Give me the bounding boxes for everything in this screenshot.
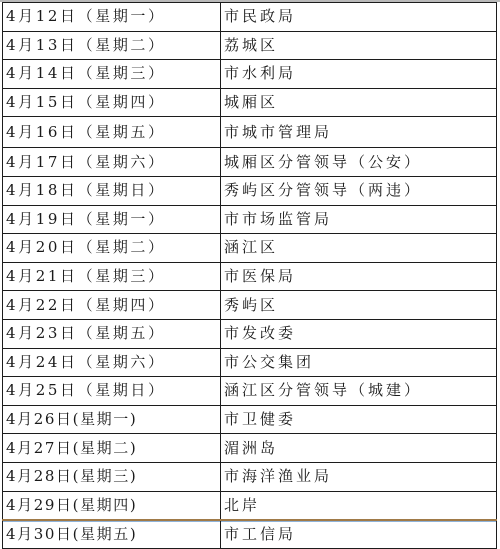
table-row: 4月25日（星期日） 涵江区分管领导（城建） xyxy=(3,377,497,406)
table-row: 4月28日(星期三) 市海洋渔业局 xyxy=(3,462,497,491)
schedule-table: 4月12日（星期一） 市民政局 4月13日（星期二） 荔城区 4月14日（星期三… xyxy=(2,2,497,549)
date-cell: 4月14日（星期三） xyxy=(3,60,221,89)
date-cell: 4月24日（星期六） xyxy=(3,348,221,377)
date-cell: 4月26日(星期一) xyxy=(3,405,221,434)
unit-cell: 北岸 xyxy=(221,491,497,520)
unit-cell: 市发改委 xyxy=(221,319,497,348)
table-row: 4月12日（星期一） 市民政局 xyxy=(3,3,497,32)
date-cell: 4月21日（星期三） xyxy=(3,262,221,291)
date-cell: 4月16日（星期五） xyxy=(3,117,221,148)
unit-cell: 市海洋渔业局 xyxy=(221,462,497,491)
date-cell: 4月20日（星期二） xyxy=(3,234,221,263)
date-cell: 4月13日（星期二） xyxy=(3,31,221,60)
table-row: 4月18日（星期日） 秀屿区分管领导（两违） xyxy=(3,176,497,205)
unit-cell: 市市场监管局 xyxy=(221,205,497,234)
table-row: 4月27日(星期二) 湄洲岛 xyxy=(3,434,497,463)
date-cell: 4月18日（星期日） xyxy=(3,176,221,205)
table-row: 4月15日（星期四） 城厢区 xyxy=(3,88,497,117)
date-cell: 4月22日（星期四） xyxy=(3,291,221,320)
unit-cell: 市卫健委 xyxy=(221,405,497,434)
unit-cell: 湄洲岛 xyxy=(221,434,497,463)
table-row: 4月19日（星期一） 市市场监管局 xyxy=(3,205,497,234)
table-row: 4月14日（星期三） 市水利局 xyxy=(3,60,497,89)
schedule-sheet: 4月12日（星期一） 市民政局 4月13日（星期二） 荔城区 4月14日（星期三… xyxy=(2,2,497,549)
table-row: 4月21日（星期三） 市医保局 xyxy=(3,262,497,291)
date-cell: 4月28日(星期三) xyxy=(3,462,221,491)
date-cell: 4月15日（星期四） xyxy=(3,88,221,117)
unit-cell: 市城市管理局 xyxy=(221,117,497,148)
table-row: 4月29日(星期四) 北岸 xyxy=(3,491,497,520)
unit-cell: 市工信局 xyxy=(221,520,497,549)
table-row: 4月16日（星期五） 市城市管理局 xyxy=(3,117,497,148)
date-cell: 4月25日（星期日） xyxy=(3,377,221,406)
unit-cell: 城厢区 xyxy=(221,88,497,117)
table-row: 4月22日（星期四） 秀屿区 xyxy=(3,291,497,320)
date-cell: 4月19日（星期一） xyxy=(3,205,221,234)
table-row: 4月30日(星期五) 市工信局 xyxy=(3,520,497,549)
date-cell: 4月29日(星期四) xyxy=(3,491,221,520)
table-row: 4月23日（星期五） 市发改委 xyxy=(3,319,497,348)
table-row: 4月20日（星期二） 涵江区 xyxy=(3,234,497,263)
table-row: 4月17日（星期六） 城厢区分管领导（公安） xyxy=(3,148,497,177)
unit-cell: 市水利局 xyxy=(221,60,497,89)
unit-cell: 涵江区 xyxy=(221,234,497,263)
date-cell: 4月23日（星期五） xyxy=(3,319,221,348)
table-row: 4月26日(星期一) 市卫健委 xyxy=(3,405,497,434)
date-cell: 4月17日（星期六） xyxy=(3,148,221,177)
unit-cell: 城厢区分管领导（公安） xyxy=(221,148,497,177)
date-cell: 4月12日（星期一） xyxy=(3,3,221,32)
unit-cell: 市民政局 xyxy=(221,3,497,32)
unit-cell: 荔城区 xyxy=(221,31,497,60)
date-cell: 4月27日(星期二) xyxy=(3,434,221,463)
table-row: 4月13日（星期二） 荔城区 xyxy=(3,31,497,60)
unit-cell: 市医保局 xyxy=(221,262,497,291)
table-row: 4月24日（星期六） 市公交集团 xyxy=(3,348,497,377)
unit-cell: 秀屿区分管领导（两违） xyxy=(221,176,497,205)
unit-cell: 市公交集团 xyxy=(221,348,497,377)
date-cell: 4月30日(星期五) xyxy=(3,520,221,549)
unit-cell: 涵江区分管领导（城建） xyxy=(221,377,497,406)
unit-cell: 秀屿区 xyxy=(221,291,497,320)
